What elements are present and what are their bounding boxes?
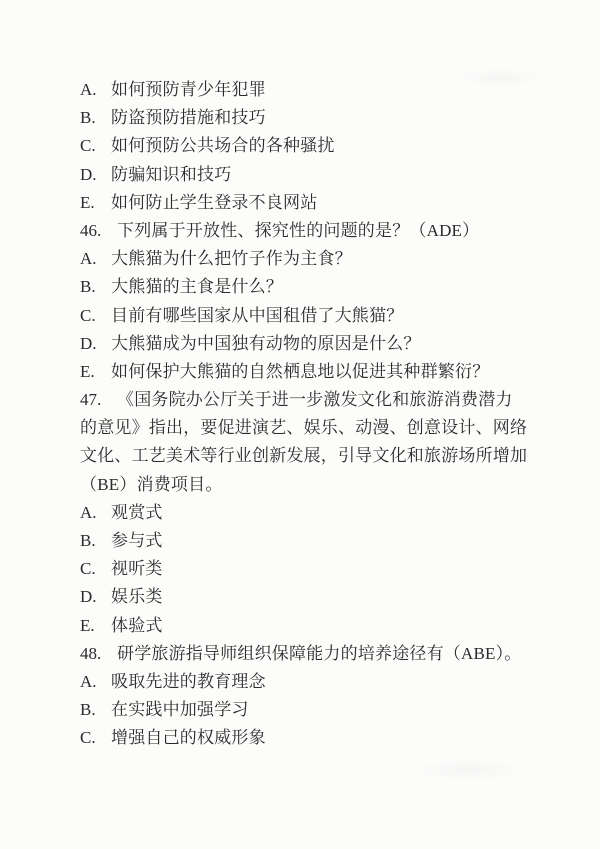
option-text: 大熊猫成为中国独有动物的原因是什么？ <box>111 330 421 358</box>
document-page: A. 如何预防青少年犯罪 B. 防盗预防措施和技巧 C. 如何预防公共场合的各种… <box>0 0 600 849</box>
option-marker: C. <box>80 724 111 752</box>
option-marker: E. <box>80 612 111 640</box>
question-number: 47. <box>80 386 117 414</box>
option-marker: A. <box>80 76 111 104</box>
option-marker: C. <box>80 555 111 583</box>
option-text: 体验式 <box>111 612 163 640</box>
option-row: B. 在实践中加强学习 <box>80 696 525 724</box>
question-number: 48. <box>80 640 117 668</box>
option-text: 如何保护大熊猫的自然栖息地以促进其种群繁衍？ <box>111 358 489 386</box>
option-marker: E. <box>80 358 111 386</box>
option-row: B. 参与式 <box>80 527 525 555</box>
option-marker: B. <box>80 104 111 132</box>
option-text: 在实践中加强学习 <box>111 696 249 724</box>
option-text: 如何预防青少年犯罪 <box>111 76 266 104</box>
option-marker: C. <box>80 132 111 160</box>
option-marker: B. <box>80 273 111 301</box>
option-text: 参与式 <box>111 527 163 555</box>
question-number: 46. <box>80 217 117 245</box>
option-text: 娱乐类 <box>111 583 163 611</box>
option-row: D. 娱乐类 <box>80 583 525 611</box>
option-row: C. 视听类 <box>80 555 525 583</box>
option-row: D. 防骗知识和技巧 <box>80 161 525 189</box>
question-stem-row: 48. 研学旅游指导师组织保障能力的培养途径有（ABE）。 <box>80 640 525 668</box>
option-row: B. 防盗预防措施和技巧 <box>80 104 525 132</box>
option-row: A. 吸取先进的教育理念 <box>80 668 525 696</box>
question-stem-continuation: 文化、工艺美术等行业创新发展，引导文化和旅游场所增加 <box>80 442 525 470</box>
option-row: B. 大熊猫的主食是什么？ <box>80 273 525 301</box>
option-row: C. 目前有哪些国家从中国租借了大熊猫？ <box>80 302 525 330</box>
option-text: 大熊猫为什么把竹子作为主食？ <box>111 245 352 273</box>
question-list: A. 如何预防青少年犯罪 B. 防盗预防措施和技巧 C. 如何预防公共场合的各种… <box>80 76 525 753</box>
question-stem: 研学旅游指导师组织保障能力的培养途径有（ABE）。 <box>117 640 522 668</box>
option-text: 防盗预防措施和技巧 <box>111 104 266 132</box>
question-stem: 《国务院办公厅关于进一步激发文化和旅游消费潜力 <box>117 386 513 414</box>
option-marker: A. <box>80 668 111 696</box>
option-text: 视听类 <box>111 555 163 583</box>
option-row: D. 大熊猫成为中国独有动物的原因是什么？ <box>80 330 525 358</box>
option-marker: B. <box>80 527 111 555</box>
option-marker: E. <box>80 189 111 217</box>
question-stem-row: 46. 下列属于开放性、探究性的问题的是？（ADE） <box>80 217 525 245</box>
option-text: 大熊猫的主食是什么？ <box>111 273 283 301</box>
option-row: E. 如何防止学生登录不良网站 <box>80 189 525 217</box>
option-row: E. 体验式 <box>80 612 525 640</box>
question-stem: 下列属于开放性、探究性的问题的是？（ADE） <box>117 217 479 245</box>
option-marker: C. <box>80 302 111 330</box>
question-stem-row: 47. 《国务院办公厅关于进一步激发文化和旅游消费潜力 <box>80 386 525 414</box>
option-text: 增强自己的权威形象 <box>111 724 266 752</box>
option-text: 吸取先进的教育理念 <box>111 668 266 696</box>
option-row: E. 如何保护大熊猫的自然栖息地以促进其种群繁衍？ <box>80 358 525 386</box>
option-marker: D. <box>80 330 111 358</box>
question-stem-continuation: 的意见》指出，要促进演艺、娱乐、动漫、创意设计、网络 <box>80 414 525 442</box>
option-row: A. 观赏式 <box>80 499 525 527</box>
option-row: A. 大熊猫为什么把竹子作为主食？ <box>80 245 525 273</box>
option-row: C. 增强自己的权威形象 <box>80 724 525 752</box>
option-marker: B. <box>80 696 111 724</box>
option-text: 观赏式 <box>111 499 163 527</box>
option-row: A. 如何预防青少年犯罪 <box>80 76 525 104</box>
question-stem-continuation: （BE）消费项目。 <box>80 471 525 499</box>
option-marker: D. <box>80 161 111 189</box>
option-text: 防骗知识和技巧 <box>111 161 231 189</box>
option-marker: D. <box>80 583 111 611</box>
option-text: 如何预防公共场合的各种骚扰 <box>111 132 335 160</box>
option-row: C. 如何预防公共场合的各种骚扰 <box>80 132 525 160</box>
option-text: 如何防止学生登录不良网站 <box>111 189 317 217</box>
option-marker: A. <box>80 245 111 273</box>
option-marker: A. <box>80 499 111 527</box>
option-text: 目前有哪些国家从中国租借了大熊猫？ <box>111 302 403 330</box>
